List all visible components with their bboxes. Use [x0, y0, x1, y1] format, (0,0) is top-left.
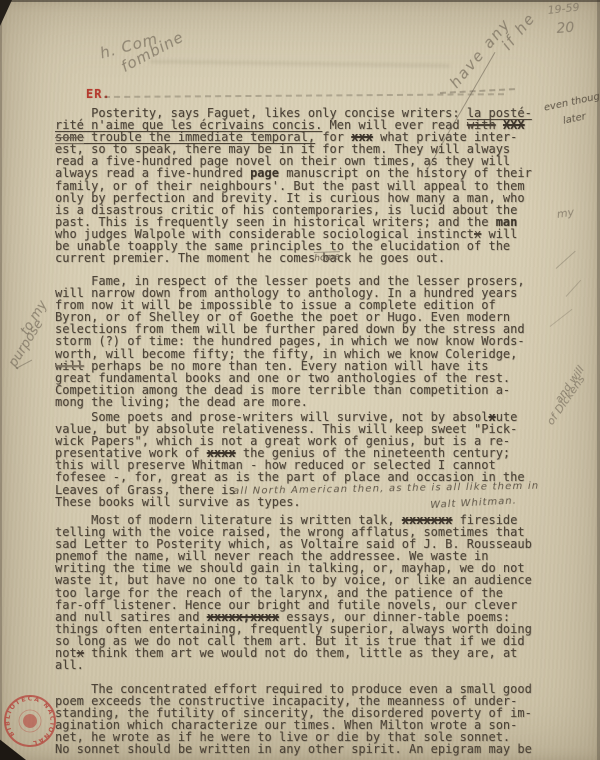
typed-paragraph-1: Posterity, says Faguet, likes only conci… [55, 107, 532, 264]
typed-paragraph-5: The concentrated effort required to prod… [55, 683, 532, 756]
page-edge-shadow-top [0, 0, 600, 2]
page-edge-shadow-left [0, 0, 2, 760]
handwritten-note: my [556, 206, 575, 221]
handwritten-note: home [314, 252, 340, 264]
typed-line: No sonnet should be written in any other… [55, 743, 532, 755]
page-number-pencil: 20 [556, 20, 575, 37]
typed-line: mong the living; the dead are more. [55, 396, 525, 408]
typed-paragraph-4: Most of modern literature is written tal… [55, 514, 532, 671]
typed-paragraph-2: Fame, in respect of the lesser poets and… [55, 275, 525, 408]
typed-line: all. [55, 659, 532, 671]
red-series-mark: ER. [86, 87, 111, 101]
typed-line: current premier. The moment he comes bac… [55, 252, 532, 264]
typed-line: notx think them art we would not do them… [55, 647, 532, 659]
